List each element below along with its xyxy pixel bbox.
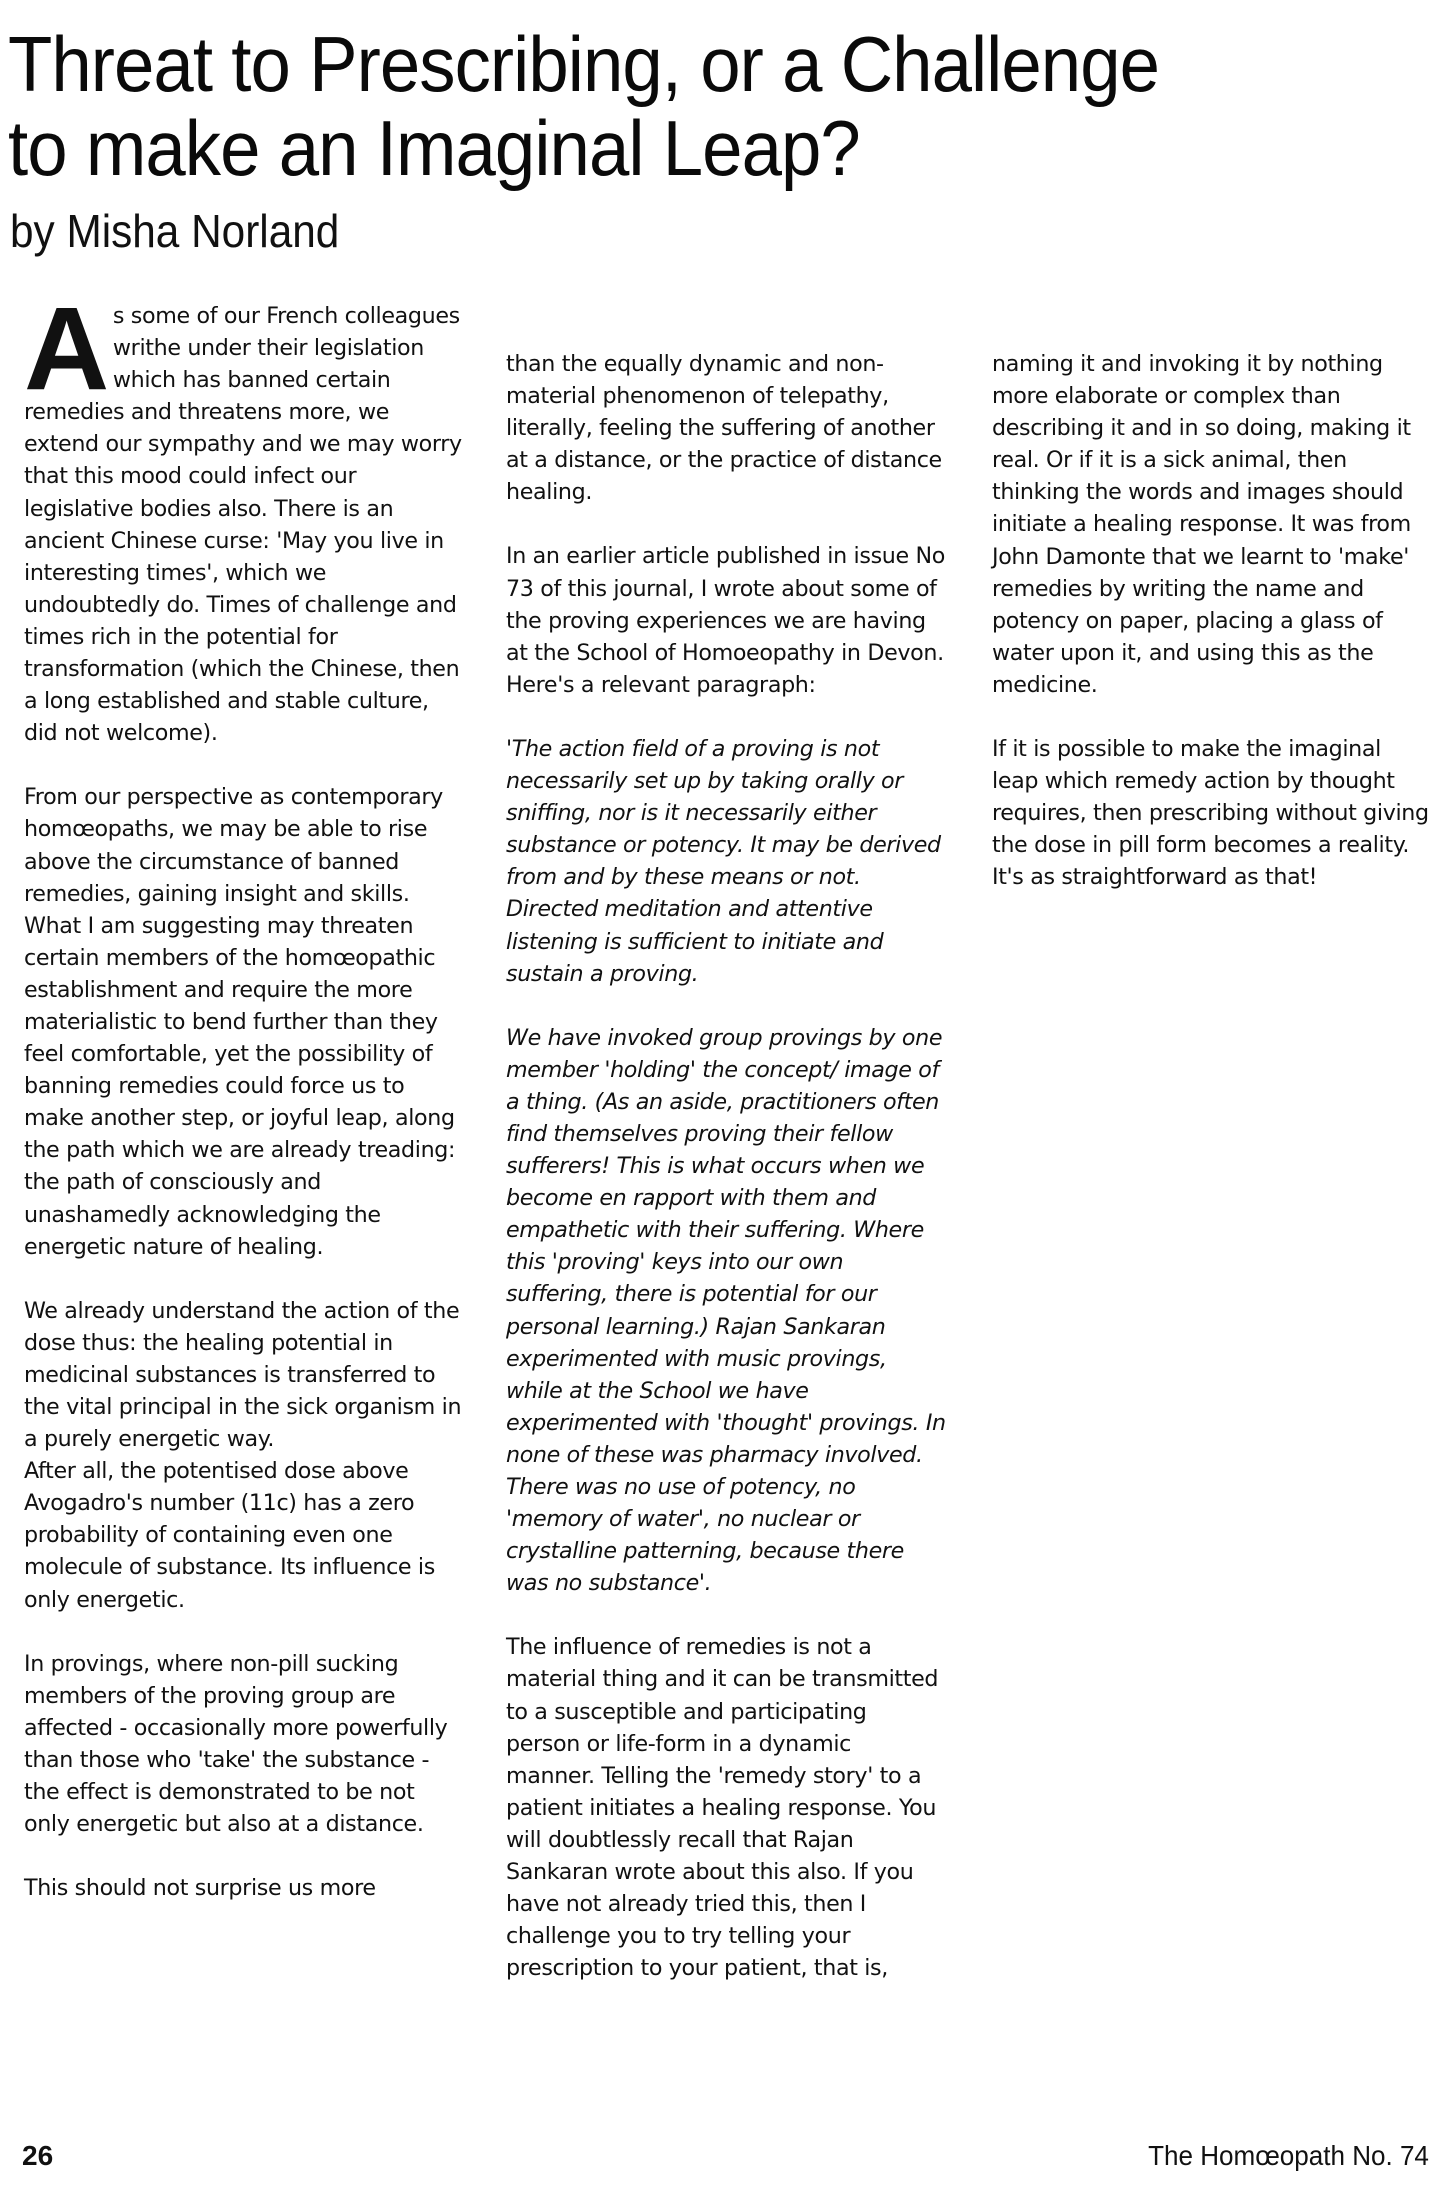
paragraph: In an earlier article published in issue…: [506, 540, 946, 700]
page-number: 26: [22, 2140, 53, 2172]
quoted-paragraph: 'The action field of a proving is not ne…: [506, 733, 946, 990]
paragraph: than the equally dynamic and non-materia…: [506, 348, 946, 508]
journal-name: The Homœopath No. 74: [1148, 2140, 1429, 2172]
paragraph: As some of our French colleagues writhe …: [24, 300, 464, 749]
article-title: Threat to Prescribing, or a Challenge to…: [8, 22, 1343, 190]
drop-cap: A: [24, 304, 109, 396]
paragraph: This should not surprise us more: [24, 1872, 464, 1904]
paragraph: From our perspective as contemporary hom…: [24, 781, 464, 1262]
byline: by Misha Norland: [10, 205, 339, 257]
paragraph: If it is possible to make the imaginal l…: [992, 733, 1432, 893]
paragraph: In provings, where non-pill sucking memb…: [24, 1648, 464, 1841]
quoted-paragraph: We have invoked group provings by one me…: [506, 1022, 946, 1600]
paragraph: We already understand the action of the …: [24, 1295, 464, 1455]
paragraph: After all, the potentised dose above Avo…: [24, 1455, 464, 1615]
column-1: As some of our French colleagues writhe …: [24, 300, 464, 1936]
column-2: than the equally dynamic and non-materia…: [506, 348, 946, 2016]
paragraph: The influence of remedies is not a mater…: [506, 1631, 946, 1984]
title-line-2: to make an Imaginal Leap?: [8, 104, 860, 192]
paragraph: naming it and invoking it by nothing mor…: [992, 348, 1432, 701]
column-3: naming it and invoking it by nothing mor…: [992, 348, 1432, 926]
title-line-1: Threat to Prescribing, or a Challenge: [8, 20, 1159, 108]
